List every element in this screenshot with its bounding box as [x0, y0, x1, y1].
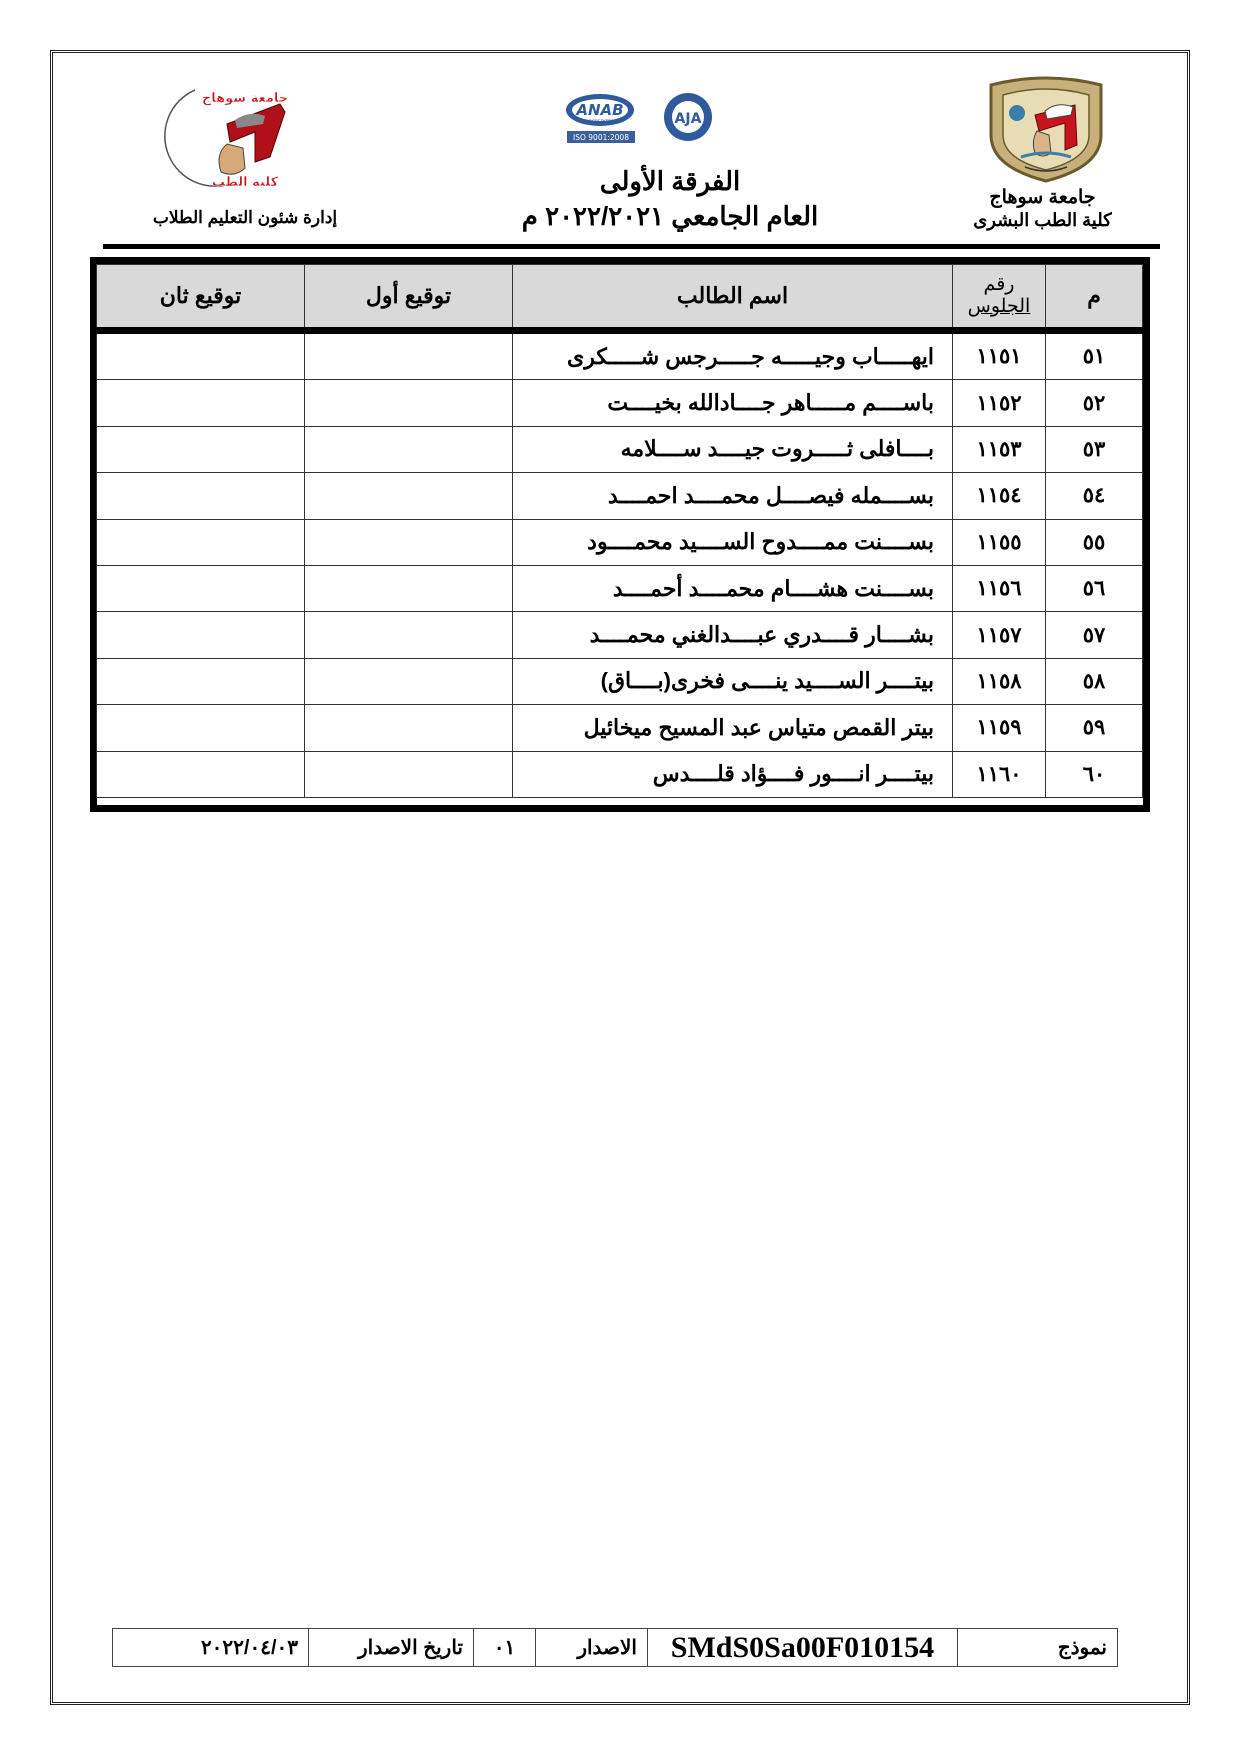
class-year-title: الفرقة الأولى	[470, 163, 870, 199]
first-signature-cell[interactable]	[305, 380, 513, 426]
svg-text:جامعة سوهاج: جامعة سوهاج	[202, 91, 288, 106]
header-divider	[103, 244, 1160, 249]
table-row: ٥٤ ١١٥٤ بســــمله فيصــــل محمــــد احمـ…	[97, 473, 1143, 519]
table-header-row: م رقم الجلوس اسم الطالب توقيع أول توقيع …	[97, 265, 1143, 331]
aja-logo-icon: AJA	[664, 93, 712, 141]
issue-date-label: تاريخ الاصدار	[309, 1629, 474, 1667]
institution-name-right: جامعة سوهاج كلية الطب البشرى	[950, 187, 1135, 231]
table-row: ٥٢ ١١٥٢ باســــم مـــــاهر جــــادالله ب…	[97, 380, 1143, 426]
second-signature-cell[interactable]	[97, 426, 305, 472]
second-signature-cell[interactable]	[97, 331, 305, 380]
document-title: الفرقة الأولى العام الجامعي ٢٠٢٢/٢٠٢١ م	[470, 163, 870, 233]
version-label: الاصدار	[536, 1629, 648, 1667]
table-row: ٥٣ ١١٥٣ بــــافلى ثـــــروت جيــــد ســـ…	[97, 426, 1143, 472]
student-name: بشــــار قــــدري عبــــدالغني محمــــد	[513, 612, 953, 658]
form-code: SMdS0Sa00F010154	[648, 1629, 958, 1667]
first-signature-cell[interactable]	[305, 751, 513, 797]
accreditation-logos: ANAB ACCREDITED ISO 9001:2008 AJA	[565, 92, 755, 152]
student-name: باســــم مـــــاهر جــــادالله بخيــــت	[513, 380, 953, 426]
version-value: ٠١	[474, 1629, 536, 1667]
svg-text:ACCREDITED: ACCREDITED	[585, 119, 615, 125]
second-signature-cell[interactable]	[97, 565, 305, 611]
second-signature-cell[interactable]	[97, 473, 305, 519]
form-metadata-footer: نموذج SMdS0Sa00F010154 الاصدار ٠١ تاريخ …	[113, 1628, 1118, 1667]
row-index: ٥٣	[1046, 426, 1143, 472]
second-signature-cell[interactable]	[97, 519, 305, 565]
student-affairs-department: إدارة شئون التعليم الطلاب	[130, 208, 360, 228]
seat-number: ١١٥٥	[953, 519, 1046, 565]
student-name: بيتــــر الســــيد ينــــى فخرى(بــــاق)	[513, 658, 953, 704]
university-name: جامعة سوهاج	[950, 187, 1135, 209]
svg-text:AJA: AJA	[675, 111, 702, 127]
issue-date-value: ٢٠٢٢/٠٤/٠٣	[113, 1629, 309, 1667]
table-row: ٥٧ ١١٥٧ بشــــار قــــدري عبــــدالغني م…	[97, 612, 1143, 658]
second-signature-cell[interactable]	[97, 751, 305, 797]
seat-number: ١١٥٢	[953, 380, 1046, 426]
second-signature-cell[interactable]	[97, 612, 305, 658]
row-index: ٥٢	[1046, 380, 1143, 426]
row-index: ٥٨	[1046, 658, 1143, 704]
seat-number: ١١٥٤	[953, 473, 1046, 519]
table-row: ٥١ ١١٥١ ايهـــــاب وجيـــــه جـــــرجس ش…	[97, 331, 1143, 380]
seat-number-header-line1: رقم	[953, 274, 1045, 296]
column-header-student-name: اسم الطالب	[513, 265, 953, 331]
row-index: ٥٧	[1046, 612, 1143, 658]
student-name: بســــنت ممــــدوح الســــيد محمــــود	[513, 519, 953, 565]
table-row: ٥٨ ١١٥٨ بيتــــر الســــيد ينــــى فخرى(…	[97, 658, 1143, 704]
first-signature-cell[interactable]	[305, 565, 513, 611]
seat-number-header-line2: الجلوس	[953, 296, 1045, 318]
seat-number: ١١٦٠	[953, 751, 1046, 797]
first-signature-cell[interactable]	[305, 612, 513, 658]
column-header-second-signature: توقيع ثان	[97, 265, 305, 331]
table-row: ٥٩ ١١٥٩ بيتر القمص متياس عبد المسيح ميخا…	[97, 705, 1143, 751]
row-index: ٥٩	[1046, 705, 1143, 751]
second-signature-cell[interactable]	[97, 658, 305, 704]
first-signature-cell[interactable]	[305, 519, 513, 565]
seat-number: ١١٥١	[953, 331, 1046, 380]
faculty-name: كلية الطب البشرى	[950, 209, 1135, 231]
student-roster-table: م رقم الجلوس اسم الطالب توقيع أول توقيع …	[90, 257, 1150, 812]
first-signature-cell[interactable]	[305, 473, 513, 519]
academic-year-title: العام الجامعي ٢٠٢٢/٢٠٢١ م	[470, 199, 870, 233]
second-signature-cell[interactable]	[97, 705, 305, 751]
row-index: ٥٥	[1046, 519, 1143, 565]
first-signature-cell[interactable]	[305, 658, 513, 704]
column-header-index: م	[1046, 265, 1143, 331]
student-name: بــــافلى ثـــــروت جيــــد ســــلامه	[513, 426, 953, 472]
row-index: ٥١	[1046, 331, 1143, 380]
anab-logo-icon: ANAB ACCREDITED ISO 9001:2008	[566, 94, 635, 143]
form-label: نموذج	[958, 1629, 1118, 1667]
seat-number: ١١٥٣	[953, 426, 1046, 472]
column-header-seat-number: رقم الجلوس	[953, 265, 1046, 331]
seat-number: ١١٥٦	[953, 565, 1046, 611]
student-name: بيتر القمص متياس عبد المسيح ميخائيل	[513, 705, 953, 751]
row-index: ٦٠	[1046, 751, 1143, 797]
sohag-university-emblem-icon	[985, 75, 1107, 183]
table-row: ٥٦ ١١٥٦ بســــنت هشــــام محمــــد أحمــ…	[97, 565, 1143, 611]
first-signature-cell[interactable]	[305, 426, 513, 472]
row-index: ٥٦	[1046, 565, 1143, 611]
first-signature-cell[interactable]	[305, 705, 513, 751]
student-name: ايهـــــاب وجيـــــه جـــــرجس شـــــكرى	[513, 331, 953, 380]
svg-text:ISO 9001:2008: ISO 9001:2008	[573, 133, 629, 142]
student-name: بســــنت هشــــام محمــــد أحمــــد	[513, 565, 953, 611]
table-row: ٥٥ ١١٥٥ بســــنت ممــــدوح الســــيد محم…	[97, 519, 1143, 565]
faculty-of-medicine-logo-icon: جامعة سوهاج كلية الطب	[115, 82, 315, 192]
svg-text:ANAB: ANAB	[575, 101, 623, 119]
seat-number: ١١٥٨	[953, 658, 1046, 704]
seat-number: ١١٥٧	[953, 612, 1046, 658]
first-signature-cell[interactable]	[305, 331, 513, 380]
seat-number: ١١٥٩	[953, 705, 1046, 751]
second-signature-cell[interactable]	[97, 380, 305, 426]
table-row: ٦٠ ١١٦٠ بيتــــر انــــور فــــؤاد قلـــ…	[97, 751, 1143, 797]
student-name: بســــمله فيصــــل محمــــد احمــــد	[513, 473, 953, 519]
column-header-first-signature: توقيع أول	[305, 265, 513, 331]
student-name: بيتــــر انــــور فــــؤاد قلــــدس	[513, 751, 953, 797]
svg-text:كلية الطب: كلية الطب	[212, 175, 279, 190]
row-index: ٥٤	[1046, 473, 1143, 519]
